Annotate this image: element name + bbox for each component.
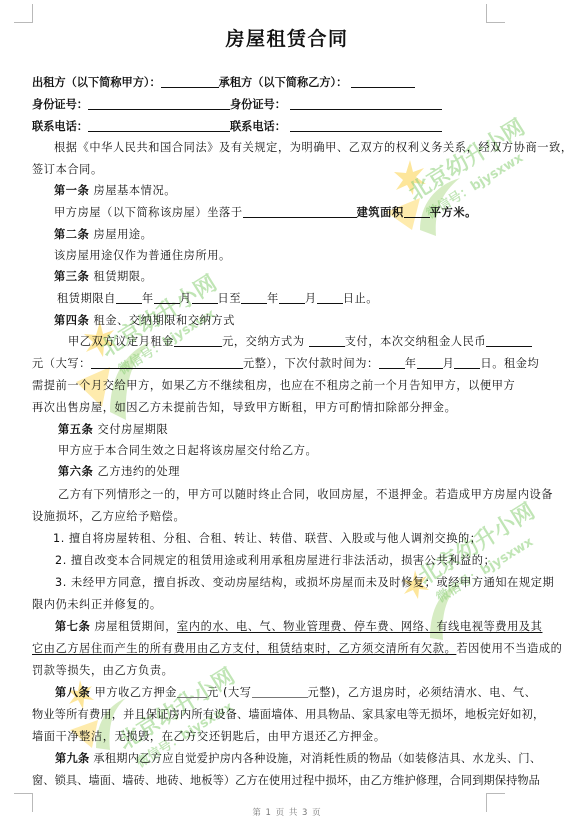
article-3-heading: 第三条 租赁期限。 xyxy=(32,270,152,284)
article-1-text: 甲方房屋（以下简称该房屋）坐落于建筑面积平方米。 xyxy=(32,206,477,220)
amount-in-words-field[interactable] xyxy=(91,357,243,369)
lessee-id-label: 身份证号： xyxy=(230,98,286,111)
breach-item-2: 2. 擅自改变本合同规定的租赁用途或利用承租房屋进行非法活动，损害公共利益的； xyxy=(55,554,495,568)
lessee-label: 承租方（以下简称乙方）： xyxy=(219,76,348,89)
start-day-field[interactable] xyxy=(192,292,218,304)
rent-line-4: 再次出售房屋，如因乙方未提前告知，导致甲方断租，甲方可酌情扣除部分押金。 xyxy=(32,401,456,415)
lessor-phone-field[interactable] xyxy=(88,120,230,132)
watermark-logo-icon xyxy=(380,150,470,244)
breach-item-3-cont: 限内仍未纠正并修复的。 xyxy=(32,598,162,612)
next-pay-month-field[interactable] xyxy=(417,357,443,369)
house-address-field[interactable] xyxy=(243,206,357,218)
start-month-field[interactable] xyxy=(154,292,180,304)
lessee-name-field[interactable] xyxy=(351,76,415,88)
end-year-field[interactable] xyxy=(241,292,267,304)
article-6-heading: 第六条 乙方违约的处理 xyxy=(58,465,180,479)
party-row-id: 身份证号：身份证号： xyxy=(32,98,442,112)
document-page: 北京幼升小网 微信号：bjysxwx 北京幼升小网 微信号：bjysxwx 北京… xyxy=(0,0,574,825)
breach-item-3: 3. 未经甲方同意，擅自拆改、变动房屋结构，或损坏房屋而未及时修复；或经甲方通知… xyxy=(55,576,554,590)
lessee-phone-field[interactable] xyxy=(290,120,442,132)
margin-corner-mark xyxy=(14,4,33,23)
article-9-line-2: 窗、锁具、墙面、墙砖、地砖、地板等）乙方在使用过程中损坏，由乙方维护修理，合同到… xyxy=(32,774,540,788)
margin-corner-mark xyxy=(486,4,505,23)
article-7-line-2: 它由乙方居住而产生的所有费用由乙方支付，租赁结束时，乙方须交清所有欠款。若因使用… xyxy=(32,642,562,656)
article-7-line-3: 罚款等损失，由乙方负责。 xyxy=(32,664,173,678)
deposit-in-words-field[interactable] xyxy=(252,686,308,698)
article-5-text: 甲方应于本合同生效之日起将该房屋交付给乙方。 xyxy=(58,444,317,458)
rent-line-1: 甲乙双方议定月租金元，交纳方式为 支付，本次交纳租金人民币 xyxy=(68,335,532,349)
start-year-field[interactable] xyxy=(116,292,142,304)
end-month-field[interactable] xyxy=(279,292,305,304)
document-title: 房屋租赁合同 xyxy=(0,24,574,51)
end-day-field[interactable] xyxy=(317,292,343,304)
article-2-heading: 第二条 房屋用途。 xyxy=(32,228,152,242)
rent-line-3: 需提前一个月交给甲方，如果乙方不继续租房，也应在不租房之前一个月告知甲方，以便甲… xyxy=(32,379,515,393)
lessee-phone-label: 联系电话： xyxy=(230,120,286,133)
lessee-id-field[interactable] xyxy=(290,98,442,110)
article-6-paragraph-cont: 设施损坏，乙方应给予赔偿。 xyxy=(32,510,185,524)
article-8-line-2: 物业等所有费用，并且保证房内所有设备、墙面墙体、用具物品、家具家电等无损坏，地板… xyxy=(32,708,544,722)
deposit-amount-field[interactable] xyxy=(177,686,207,698)
intro-paragraph-cont: 签订本合同。 xyxy=(32,163,103,177)
payment-method-field[interactable] xyxy=(309,335,345,347)
article-2-text: 该房屋用途仅作为普通住房所用。 xyxy=(32,249,231,263)
article-6-paragraph: 乙方有下列情形之一的，甲方可以随时终止合同，收回房屋，不退押金。若造成甲方房屋内… xyxy=(58,488,553,502)
lessor-id-field[interactable] xyxy=(88,98,230,110)
article-5-heading: 第五条 交付房屋期限 xyxy=(58,423,168,437)
intro-paragraph: 根据《中华人民共和国合同法》及有关规定，为明确甲、乙双方的权利义务关系，经双方协… xyxy=(32,141,573,155)
page-number: 第 1 页 共 3 页 xyxy=(0,806,574,818)
lessor-name-field[interactable] xyxy=(161,76,219,88)
monthly-rent-field[interactable] xyxy=(174,335,222,347)
building-area-field[interactable] xyxy=(404,206,430,218)
party-row-phone: 联系电话：联系电话： xyxy=(32,120,442,134)
breach-item-1: 1. 擅自将房屋转租、分租、合租、转让、转借、联营、入股或与他人调剂交换的； xyxy=(53,532,482,546)
party-row-names: 出租方（以下简称甲方）：承租方（以下简称乙方）： xyxy=(32,76,415,90)
article-8-line-3: 墙面干净整洁，无损毁，在乙方交还钥匙后，由甲方退还乙方押金。 xyxy=(32,730,386,744)
article-7-line-1: 第七条 房屋租赁期间，室内的水、电、气、物业管理费、停车费、网络、有线电视等费用… xyxy=(55,620,542,634)
article-9-line-1: 第九条 承租期内乙方应自觉爱护房内各种设施，对消耗性质的物品（如装修洁具、水龙头… xyxy=(55,752,541,766)
lessor-phone-label: 联系电话： xyxy=(32,120,88,133)
lessor-id-label: 身份证号： xyxy=(32,98,88,111)
next-pay-year-field[interactable] xyxy=(379,357,405,369)
article-8-line-1: 第八条 甲方收乙方押金元 (大写元整)，乙方退房时，必须结清水、电、气、 xyxy=(55,686,536,700)
next-pay-day-field[interactable] xyxy=(454,357,480,369)
article-1-heading: 第一条 房屋基本情况。 xyxy=(32,184,176,198)
rent-line-2: 元（大写：元整），下次付款时间为：年月日。租金均 xyxy=(32,357,539,371)
article-4-heading: 第四条 租金、交纳期限和交纳方式 xyxy=(32,314,235,328)
lessor-label: 出租方（以下简称甲方）： xyxy=(32,76,161,89)
payment-amount-field[interactable] xyxy=(486,335,532,347)
lease-term-line: 租赁期限自年月日至年月日止。 xyxy=(57,292,378,306)
